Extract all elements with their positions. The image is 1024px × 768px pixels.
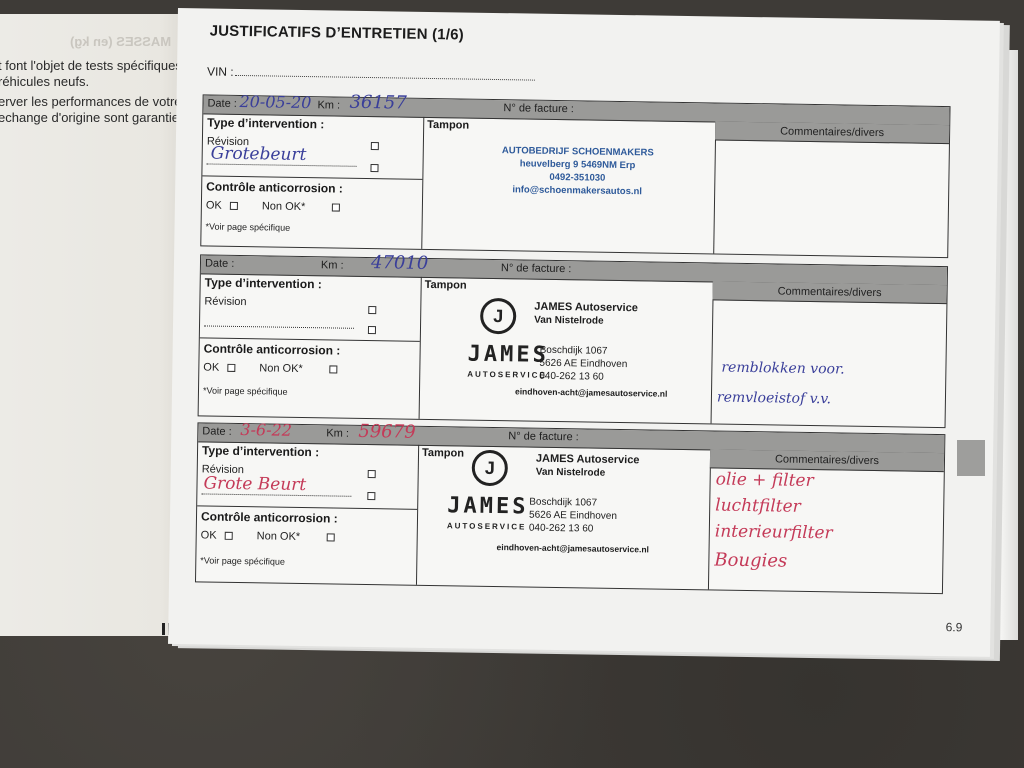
dealer-stamp: AUTOBEDRIJF SCHOENMAKERS heuvelberg 9 54… bbox=[462, 143, 693, 199]
invoice-label: N° de facture : bbox=[501, 262, 572, 275]
logbook-page: JUSTIFICATIFS D’ENTRETIEN (1/6) VIN : Da… bbox=[168, 8, 1000, 657]
stamp-street: Boschdijk 1067 bbox=[540, 345, 608, 357]
stamp-email: eindhoven-acht@jamesautoservice.nl bbox=[496, 542, 649, 554]
non-ok-label: Non OK* bbox=[257, 530, 301, 543]
stamp-street: Boschdijk 1067 bbox=[529, 497, 597, 509]
comments-column: Commentaires/divers olie + filter luchtf… bbox=[708, 449, 944, 593]
stamp-phone: 040-262 13 60 bbox=[529, 523, 594, 535]
maintenance-entry-3: Date : 3-6-22 Km : 59679 N° de facture :… bbox=[195, 422, 945, 594]
intervention-column: Type d’intervention : Révision Grote Beu… bbox=[196, 441, 419, 584]
comments-column: Commentaires/divers bbox=[713, 121, 949, 257]
stamp-logo-text: JAMES bbox=[447, 493, 529, 519]
ok-checkbox[interactable] bbox=[225, 532, 233, 540]
revision-checkbox[interactable] bbox=[368, 470, 376, 478]
date-label: Date : bbox=[202, 425, 232, 437]
dealer-stamp: J JAMES Autoservice Van Nistelrode JAMES… bbox=[419, 277, 713, 422]
km-value[interactable]: 47010 bbox=[371, 252, 429, 274]
stamp-name: JAMES Autoservice bbox=[536, 453, 640, 467]
km-value[interactable]: 36157 bbox=[349, 92, 407, 114]
stamp-phone: 040-262 13 60 bbox=[539, 371, 604, 383]
km-label: Km : bbox=[321, 259, 344, 271]
comment-line[interactable]: luchtfilter bbox=[715, 496, 801, 517]
stamp-column: Tampon J JAMES Autoservice Van Nistelrod… bbox=[419, 277, 714, 424]
type-intervention-label: Type d’intervention : bbox=[202, 443, 319, 459]
voir-page-note: *Voir page spécifique bbox=[205, 221, 290, 232]
invoice-label: N° de facture : bbox=[508, 430, 579, 443]
page-title: JUSTIFICATIFS D’ENTRETIEN (1/6) bbox=[210, 23, 465, 44]
non-ok-checkbox[interactable] bbox=[332, 203, 340, 211]
left-page-line: echange d'origine sont garanties bbox=[0, 110, 186, 125]
stamp-city: 5626 AE Eindhoven bbox=[529, 510, 617, 522]
ok-checkbox[interactable] bbox=[227, 364, 235, 372]
stamp-logo-sub: AUTOSERVICE bbox=[467, 370, 547, 380]
date-label: Date : bbox=[207, 97, 237, 109]
comments-header: Commentaires/divers bbox=[712, 281, 946, 304]
revision-other-line[interactable] bbox=[207, 163, 357, 166]
tampon-label: Tampon bbox=[427, 119, 469, 132]
revision-checkbox[interactable] bbox=[371, 142, 379, 150]
type-intervention-label: Type d’intervention : bbox=[205, 275, 322, 291]
non-ok-label: Non OK* bbox=[262, 200, 306, 213]
stamp-branch: Van Nistelrode bbox=[536, 467, 606, 479]
stamp-email: info@schoenmakersautos.nl bbox=[462, 182, 692, 199]
km-label: Km : bbox=[326, 427, 349, 439]
stamp-email: eindhoven-acht@jamesautoservice.nl bbox=[515, 386, 668, 398]
other-checkbox[interactable] bbox=[368, 326, 376, 334]
revision-other-line[interactable] bbox=[201, 493, 351, 496]
non-ok-checkbox[interactable] bbox=[327, 533, 335, 541]
non-ok-checkbox[interactable] bbox=[329, 365, 337, 373]
maintenance-entry-1: Date : 20-05-20 Km : 36157 N° de facture… bbox=[200, 94, 950, 258]
anticorrosion-label: Contrôle anticorrosion : bbox=[204, 341, 341, 357]
ok-label: OK bbox=[206, 199, 222, 211]
comments-header: Commentaires/divers bbox=[715, 121, 949, 144]
stamp-logo-text: JAMES bbox=[467, 342, 549, 368]
comments-column: Commentaires/divers remblokken voor. rem… bbox=[711, 281, 947, 427]
voir-page-note: *Voir page spécifique bbox=[203, 385, 288, 396]
ok-label: OK bbox=[201, 529, 217, 541]
section-tab-marker bbox=[957, 440, 985, 476]
stamp-column: Tampon AUTOBEDRIJF SCHOENMAKERS heuvelbe… bbox=[421, 117, 716, 254]
maintenance-entry-2: Date : Km : 47010 N° de facture : Type d… bbox=[198, 254, 948, 428]
james-logo-icon: J bbox=[472, 450, 509, 487]
stamp-column: Tampon J JAMES Autoservice Van Nistelrod… bbox=[416, 445, 711, 590]
dealer-stamp: J JAMES Autoservice Van Nistelrode JAMES… bbox=[416, 445, 710, 590]
ok-checkbox[interactable] bbox=[230, 202, 238, 210]
anticorrosion-label: Contrôle anticorrosion : bbox=[206, 179, 343, 195]
invoice-label: N° de facture : bbox=[503, 102, 574, 115]
left-page-line: t font l'objet de tests spécifiques. bbox=[0, 58, 185, 73]
other-checkbox[interactable] bbox=[367, 492, 375, 500]
revision-note[interactable]: Grote Beurt bbox=[203, 473, 306, 495]
km-value[interactable]: 59679 bbox=[358, 421, 416, 443]
page-number: 6.9 bbox=[946, 620, 963, 634]
comment-line[interactable]: olie + filter bbox=[716, 470, 814, 492]
date-value[interactable]: 20-05-20 bbox=[239, 92, 311, 112]
vin-field[interactable] bbox=[235, 75, 535, 81]
revision-note[interactable]: Grotebeurt bbox=[211, 144, 307, 166]
revision-label: Révision bbox=[204, 295, 246, 308]
intervention-column: Type d’intervention : Révision Grotebeur… bbox=[201, 113, 424, 248]
date-value[interactable]: 3-6-22 bbox=[240, 420, 292, 440]
left-page-line: réhicules neufs. bbox=[0, 74, 89, 89]
comment-line[interactable]: Bougies bbox=[714, 549, 787, 571]
voir-page-note: *Voir page spécifique bbox=[200, 555, 285, 566]
vin-label: VIN : bbox=[207, 64, 234, 78]
comment-line[interactable]: remvloeistof v.v. bbox=[717, 390, 831, 408]
stamp-city: 5626 AE Eindhoven bbox=[539, 358, 627, 370]
left-page-line: erver les performances de votre bbox=[0, 94, 182, 109]
intervention-column: Type d’intervention : Révision Contrôle … bbox=[199, 273, 422, 418]
type-intervention-label: Type d’intervention : bbox=[207, 115, 324, 131]
revision-checkbox[interactable] bbox=[368, 306, 376, 314]
comments-header: Commentaires/divers bbox=[710, 449, 944, 472]
other-checkbox[interactable] bbox=[370, 164, 378, 172]
ok-label: OK bbox=[203, 361, 219, 373]
comment-line[interactable]: remblokken voor. bbox=[721, 360, 844, 378]
comment-line[interactable]: interieurfilter bbox=[715, 521, 833, 543]
km-label: Km : bbox=[317, 99, 340, 111]
non-ok-label: Non OK* bbox=[259, 362, 303, 375]
stamp-logo-sub: AUTOSERVICE bbox=[447, 521, 527, 531]
revision-other-line[interactable] bbox=[204, 325, 354, 328]
stamp-name: JAMES Autoservice bbox=[534, 301, 638, 315]
stamp-branch: Van Nistelrode bbox=[534, 315, 604, 327]
left-page-header: MASSES (en kg) bbox=[70, 34, 171, 49]
anticorrosion-label: Contrôle anticorrosion : bbox=[201, 509, 338, 525]
date-label: Date : bbox=[205, 257, 235, 269]
james-logo-icon: J bbox=[480, 298, 517, 335]
